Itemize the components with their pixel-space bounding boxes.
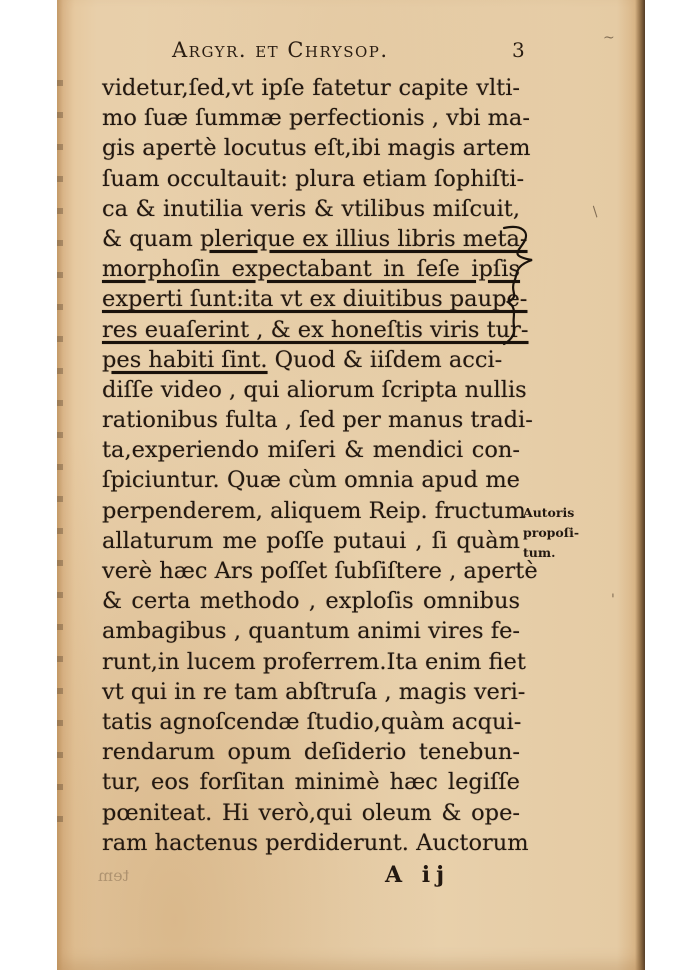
text-line: allaturum me poſſe putaui , ſi quàm — [102, 526, 520, 556]
text-line: verè hæc Ars poſſet ſubſiſtere , apertè — [102, 556, 520, 586]
text-line: gis apertè locutus eſt,ibi magis artem — [102, 133, 520, 163]
text-line: rendarum opum deſiderio tenebun- — [102, 737, 520, 767]
text-line: & certa methodo , exploſis omnibus — [102, 586, 520, 616]
bleed-through-text: tem — [98, 866, 129, 885]
text-line: & quam plerique ex illius libris meta- — [102, 224, 520, 254]
text-line: diſſe video , qui aliorum ſcripta nullis — [102, 375, 520, 405]
text-line: rationibus fulta , ſed per manus tradi- — [102, 405, 520, 435]
marginal-note-line: propoſi- — [523, 523, 593, 543]
text-line: tur, eos forſitan minimè hæc legiſſe — [102, 767, 520, 797]
marginal-note-line: Autoris — [523, 503, 593, 523]
underlined-passage: res euaſerint , & ex honeſtis viris tur- — [102, 315, 520, 345]
underlined-passage: morphoſin expectabant in ſeſe ipſis — [102, 254, 520, 284]
ink-mark-icon: ~ — [603, 30, 615, 46]
ink-mark-icon: ' — [611, 592, 615, 608]
text-line: pes habiti ſint. Quod & iiſdem acci- — [102, 345, 520, 375]
text-line: mo ſuæ ſummæ perfectionis , vbi ma- — [102, 103, 520, 133]
text-line: ambagibus , quantum animi vires fe- — [102, 616, 520, 646]
running-header: Argyr. et Chrysop. 3 — [0, 38, 690, 68]
text-line: ram hactenus perdiderunt. Auctorum — [102, 828, 520, 858]
page-number: 3 — [512, 38, 526, 62]
text-segment: & quam — [102, 226, 200, 252]
text-line: ſuam occultauit: plura etiam ſophiſti- — [102, 164, 520, 194]
text-segment: Quod & iiſdem acci- — [268, 347, 503, 373]
text-line: runt,in lucem proferrem.Ita enim fiet — [102, 647, 520, 677]
text-line: vt qui in re tam abſtruſa , magis veri- — [102, 677, 520, 707]
marginal-note: Autoris propoſi- tum. — [523, 503, 593, 563]
text-line: perpenderem, aliquem Reip. fructum — [102, 496, 520, 526]
text-line: ta,experiendo miſeri & mendici con- — [102, 435, 520, 465]
text-line: ſpiciuntur. Quæ cùm omnia apud me — [102, 465, 520, 495]
running-title: Argyr. et Chrysop. — [172, 38, 389, 62]
text-line: ca & inutilia veris & vtilibus miſcuit, — [102, 194, 520, 224]
text-line: videtur,ſed,vt ipſe fatetur capite vlti- — [102, 73, 520, 103]
underlined-passage: experti ſunt:ita vt ex diuitibus paupe- — [102, 284, 520, 314]
facing-page-edge — [57, 80, 63, 840]
body-text: videtur,ſed,vt ipſe fatetur capite vlti-… — [102, 73, 520, 858]
handwritten-brace-icon — [500, 222, 540, 347]
signature-mark: A ij — [385, 862, 450, 888]
underlined-passage: plerique ex illius libris meta- — [200, 226, 528, 252]
marginal-note-line: tum. — [523, 543, 593, 563]
underlined-passage: pes habiti ſint. — [102, 347, 268, 373]
text-line: pœniteat. Hi verò,qui oleum & ope- — [102, 798, 520, 828]
text-line: tatis agnoſcendæ ſtudio,quàm acqui- — [102, 707, 520, 737]
